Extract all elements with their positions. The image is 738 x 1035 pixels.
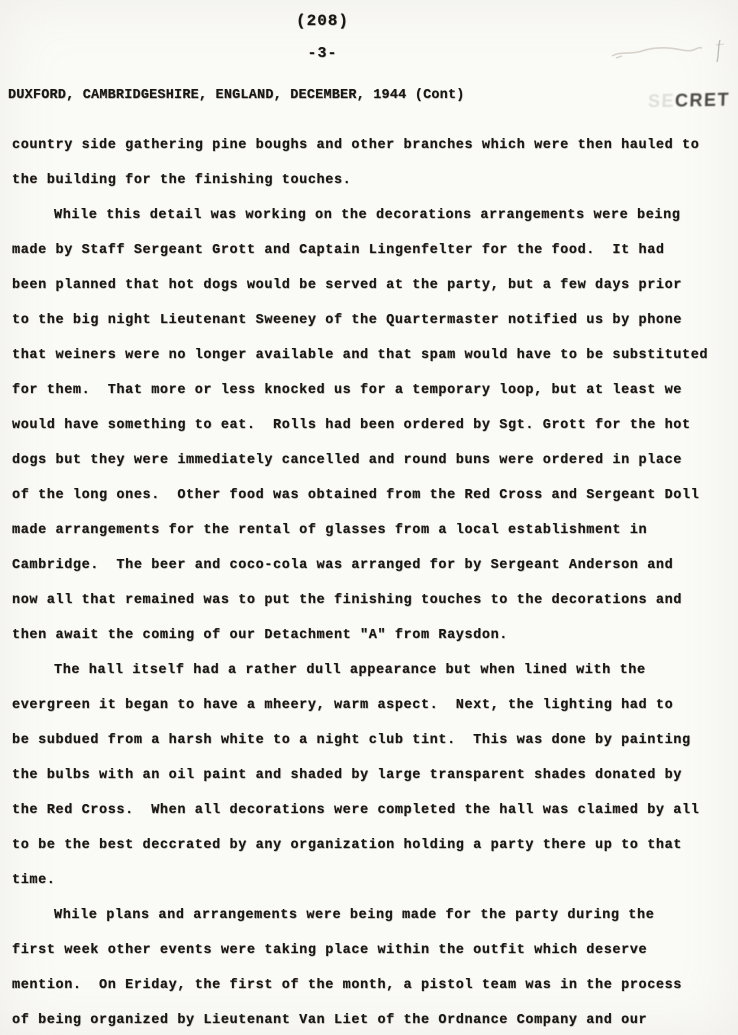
text-line: Cambridge. The beer and coco-cola was ar… — [12, 548, 730, 583]
text-line: of being organized by Lieutenant Van Lie… — [12, 1003, 730, 1035]
text-line: the building for the finishing touches. — [12, 163, 730, 198]
text-line: While this detail was working on the dec… — [12, 198, 730, 233]
text-line: then await the coming of our Detachment … — [12, 618, 730, 653]
text-line: dogs but they were immediately cancelled… — [12, 443, 730, 478]
text-line: mention. On Eriday, the first of the mon… — [12, 968, 730, 1003]
document-body: country side gathering pine boughs and o… — [12, 128, 730, 1035]
secret-stamp: SECRET — [648, 89, 731, 113]
text-line: to be the best deccrated by any organiza… — [12, 828, 730, 863]
secret-stamp-visible-part: CRET — [675, 89, 731, 111]
text-line: that weiners were no longer available an… — [12, 338, 730, 373]
page-header: (208) -3- — [0, 12, 645, 62]
text-line: the bulbs with an oil paint and shaded b… — [12, 758, 730, 793]
text-line: would have something to eat. Rolls had b… — [12, 408, 730, 443]
text-line: time. — [12, 863, 730, 898]
secret-stamp-faded-part: SE — [648, 90, 676, 112]
text-line: made by Staff Sergeant Grott and Captain… — [12, 233, 730, 268]
text-line: The hall itself had a rather dull appear… — [12, 653, 730, 688]
text-line: first week other events were taking plac… — [12, 933, 730, 968]
page-reference-number: (208) — [0, 12, 645, 30]
text-line: now all that remained was to put the fin… — [12, 583, 730, 618]
document-page: (208) -3- DUXFORD, CAMBRIDGESHIRE, ENGLA… — [0, 0, 738, 1035]
text-line: evergreen it began to have a mheery, war… — [12, 688, 730, 723]
text-line: to the big night Lieutenant Sweeney of t… — [12, 303, 730, 338]
document-title: DUXFORD, CAMBRIDGESHIRE, ENGLAND, DECEMB… — [8, 88, 465, 103]
text-line: been planned that hot dogs would be serv… — [12, 268, 730, 303]
page-number: -3- — [0, 45, 645, 62]
text-line: for them. That more or less knocked us f… — [12, 373, 730, 408]
text-line: be subdued from a harsh white to a night… — [12, 723, 730, 758]
text-line: of the long ones. Other food was obtaine… — [12, 478, 730, 513]
text-line: While plans and arrangements were being … — [12, 898, 730, 933]
pencil-scribble — [608, 38, 730, 66]
text-line: the Red Cross. When all decorations were… — [12, 793, 730, 828]
text-line: country side gathering pine boughs and o… — [12, 128, 730, 163]
text-line: made arrangements for the rental of glas… — [12, 513, 730, 548]
